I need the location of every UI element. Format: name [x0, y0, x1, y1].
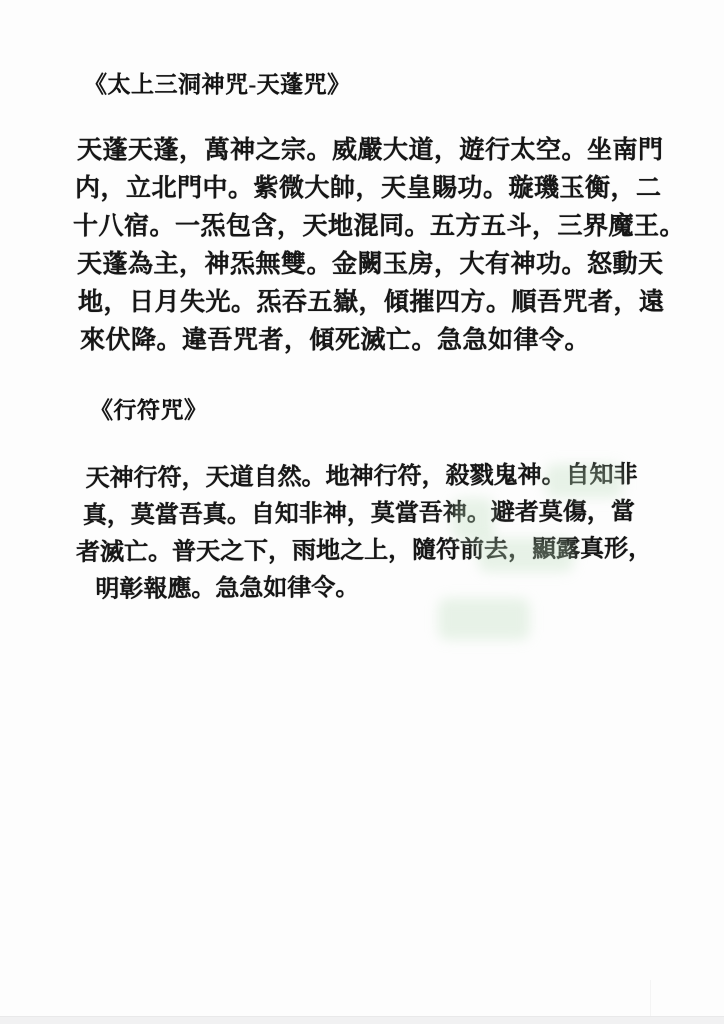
scan-bottom-edge: [0, 1016, 724, 1024]
scan-seam-line: [650, 980, 651, 1018]
text-line: 十八宿。一炁包含，天地混同。五方五斗，三界魔王。: [73, 208, 685, 246]
section2-title: 《行符咒》: [90, 392, 208, 426]
highlight-smudge: [438, 598, 530, 640]
highlight-smudge: [545, 464, 623, 498]
text-line: 明彰報應。急急如律令。: [95, 568, 652, 609]
section1-paragraph: 天蓬天蓬，萬神之宗。威嚴大道，遊行太空。坐南門 内，立北門中。紫微大帥，天皇賜功…: [77, 132, 685, 360]
text-line: 内，立北門中。紫微大帥，天皇賜功。璇璣玉衡，二: [75, 170, 685, 208]
text-line: 來伏降。違吾咒者，傾死滅亡。急急如律令。: [80, 322, 685, 360]
text-line: 天蓬為主，神炁無雙。金闕玉房，大有神功。怒動天: [77, 246, 685, 284]
highlight-smudge: [452, 498, 494, 542]
text-line: 真，莫當吾真。自知非神，莫當吾神。避者莫傷，當: [83, 494, 652, 535]
scanned-document-page: 《太上三洞神咒-天蓬咒》 天蓬天蓬，萬神之宗。威嚴大道，遊行太空。坐南門 内，立…: [0, 0, 724, 1024]
text-line: 天蓬天蓬，萬神之宗。威嚴大道，遊行太空。坐南門: [77, 132, 685, 170]
highlight-smudge: [478, 538, 574, 572]
section1-title: 《太上三洞神咒-天蓬咒》: [84, 66, 351, 99]
text-line: 地，日月失光。炁吞五嶽，傾摧四方。順吾咒者，遠: [78, 284, 685, 322]
